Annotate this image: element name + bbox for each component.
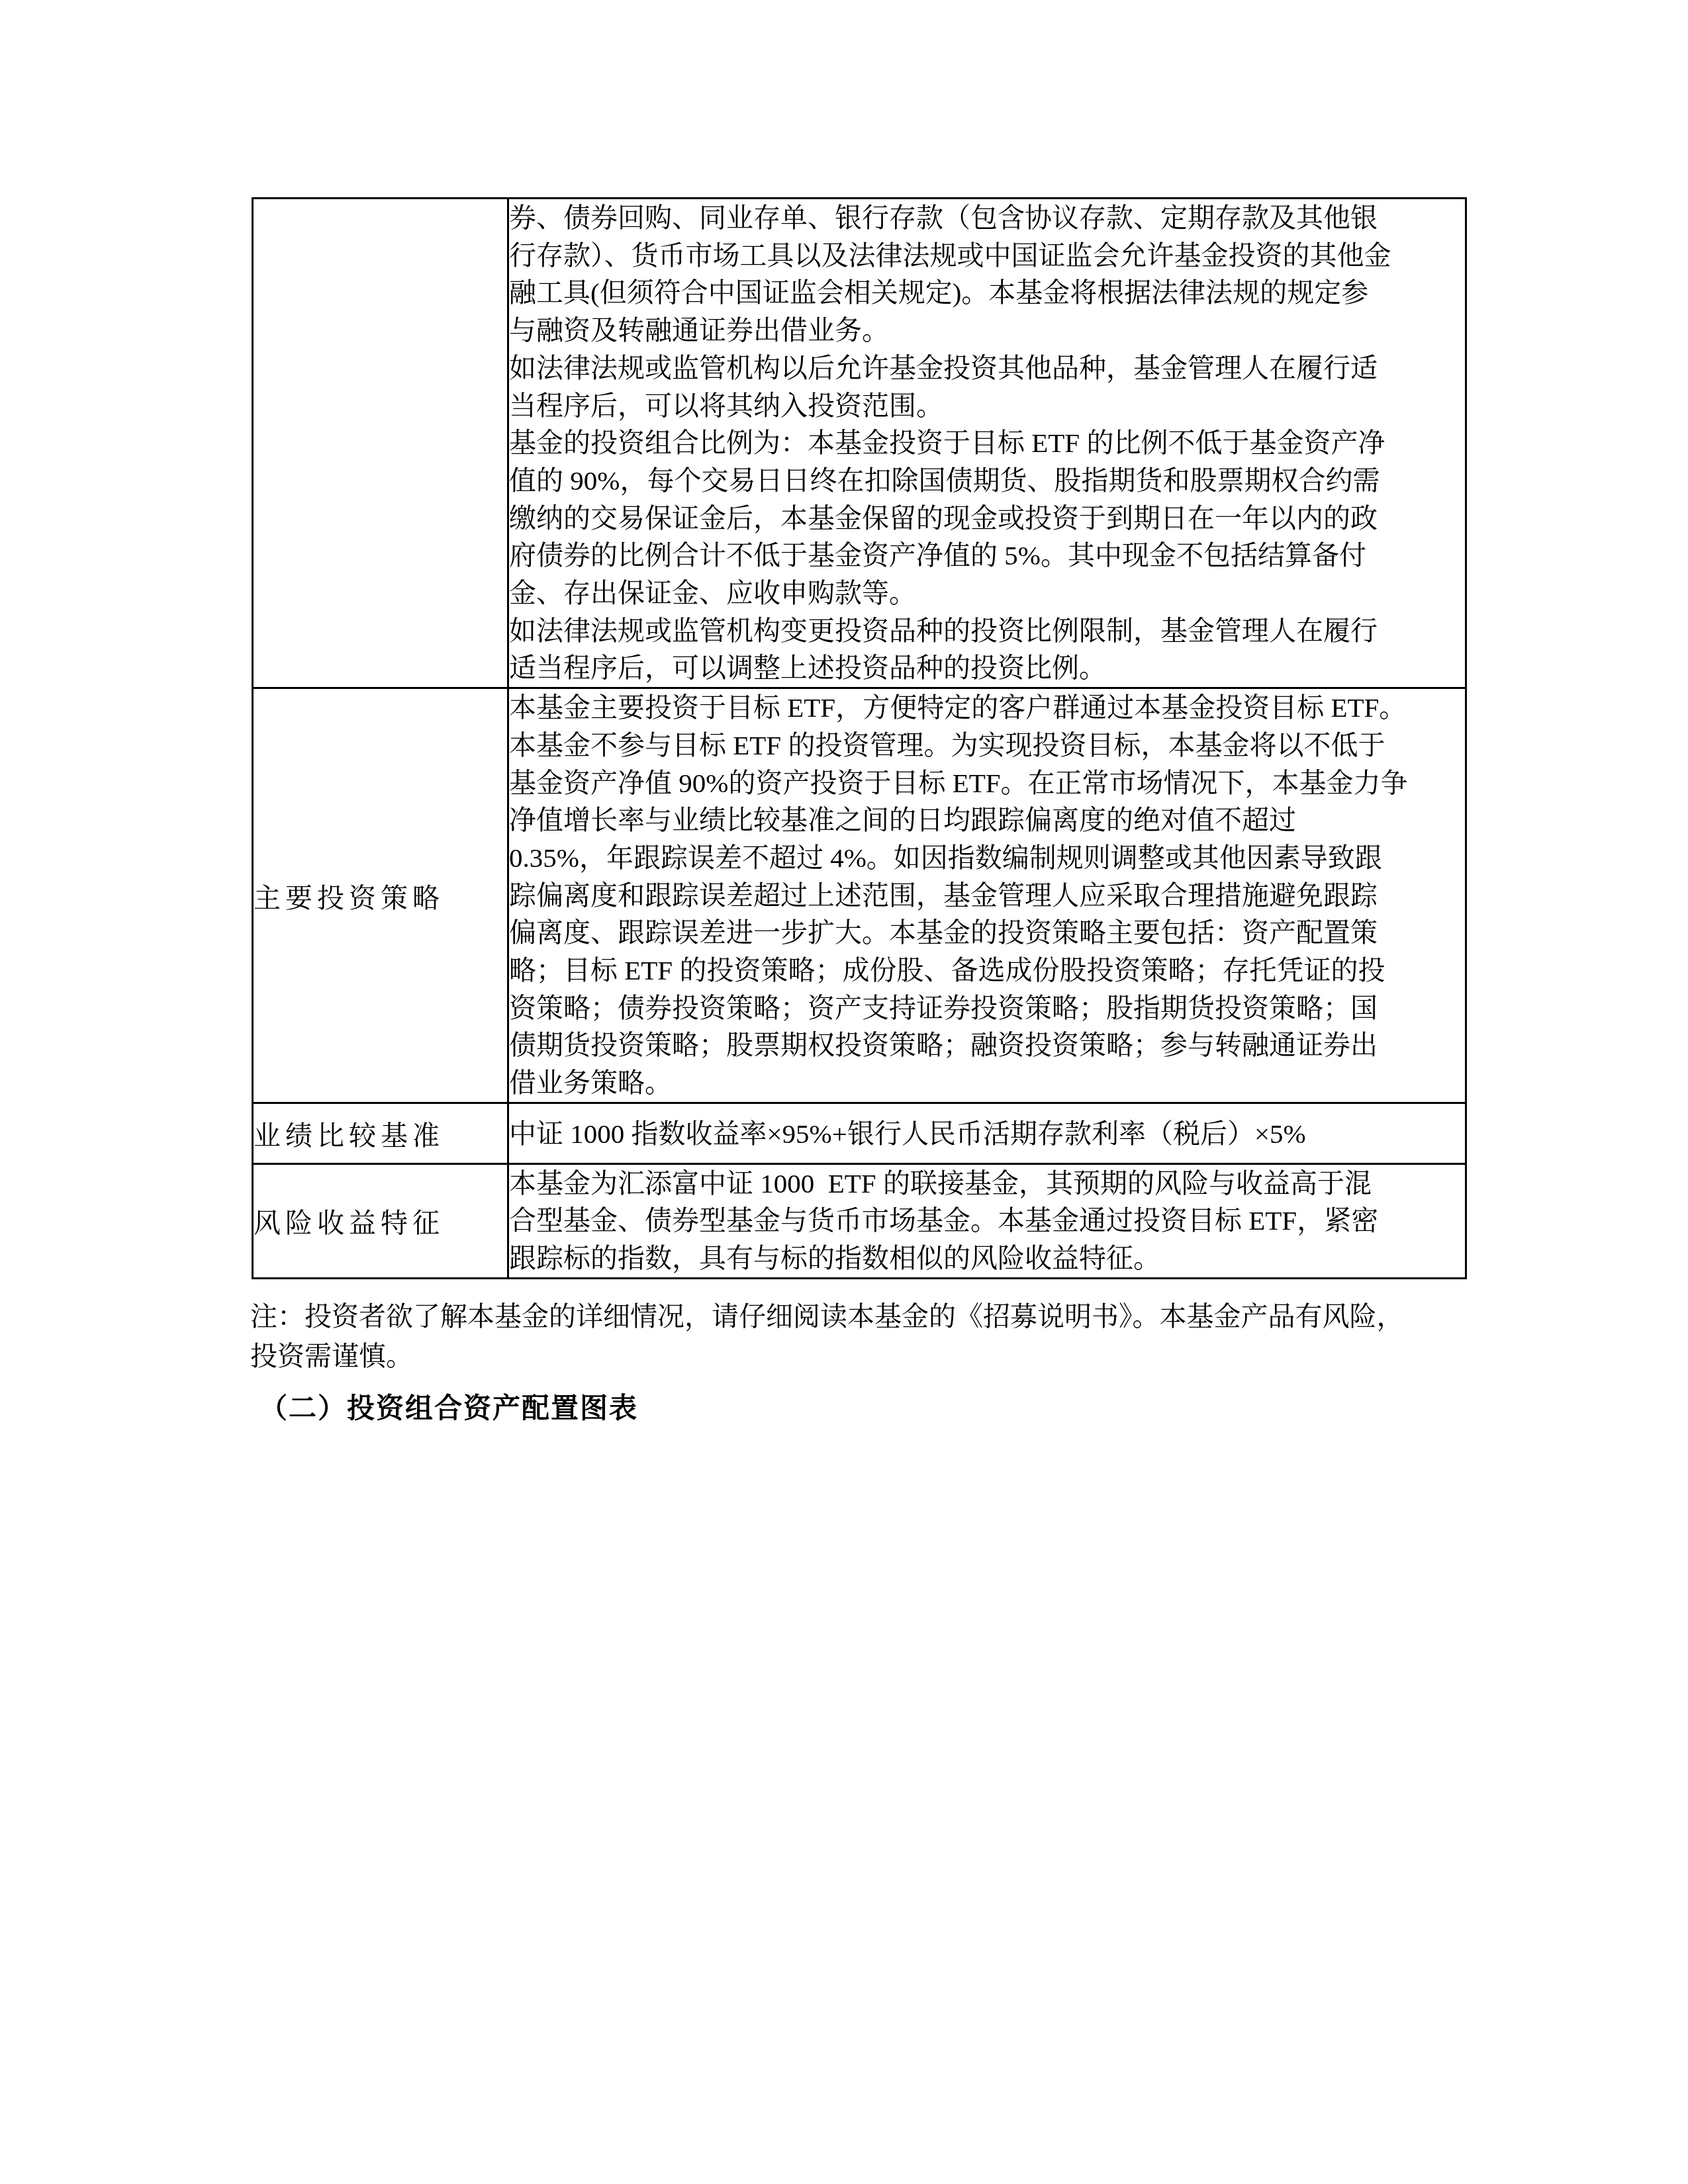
text-line: 本基金主要投资于目标 ETF，方便特定的客户群通过本基金投资目标 ETF。 xyxy=(509,689,1465,727)
fund-table-body: 券、债券回购、同业存单、银行存款（包含协议存款、定期存款及其他银行存款）、货币市… xyxy=(253,199,1466,1279)
table-row: 券、债券回购、同业存单、银行存款（包含协议存款、定期存款及其他银行存款）、货币市… xyxy=(253,199,1466,688)
text-line: 略；目标 ETF 的投资策略；成份股、备选成份股投资策略；存托凭证的投 xyxy=(509,952,1465,989)
row-content-cell: 本基金主要投资于目标 ETF，方便特定的客户群通过本基金投资目标 ETF。本基金… xyxy=(508,688,1466,1103)
text-line: 本基金不参与目标 ETF 的投资管理。为实现投资目标，本基金将以不低于 xyxy=(509,727,1465,764)
text-line: 值的 90%，每个交易日日终在扣除国债期货、股指期货和股票期权合约需 xyxy=(509,462,1465,500)
row-content-cell: 中证 1000 指数收益率×95%+银行人民币活期存款利率（税后）×5% xyxy=(508,1103,1466,1163)
note-text: 注：投资者欲了解本基金的详细情况，请仔细阅读本基金的《招募说明书》。本基金产品有… xyxy=(250,1297,1465,1376)
row-label-cell xyxy=(253,199,508,688)
content-area: 券、债券回购、同业存单、银行存款（包含协议存款、定期存款及其他银行存款）、货币市… xyxy=(252,197,1465,1429)
text-line: 券、债券回购、同业存单、银行存款（包含协议存款、定期存款及其他银 xyxy=(509,199,1465,237)
text-line: 适当程序后，可以调整上述投资品种的投资比例。 xyxy=(509,649,1465,687)
text-line: 债期货投资策略；股票期权投资策略；融资投资策略；参与转融通证券出 xyxy=(509,1026,1465,1064)
row-label-cell: 业绩比较基准 xyxy=(253,1103,508,1163)
text-line: 与融资及转融通证券出借业务。 xyxy=(509,312,1465,349)
text-line: 基金的投资组合比例为：本基金投资于目标 ETF 的比例不低于基金资产净 xyxy=(509,424,1465,462)
text-line: 基金资产净值 90%的资产投资于目标 ETF。在正常市场情况下，本基金力争 xyxy=(509,764,1465,802)
text-line: 府债券的比例合计不低于基金资产净值的 5%。其中现金不包括结算备付 xyxy=(509,537,1465,574)
table-row: 主要投资策略本基金主要投资于目标 ETF，方便特定的客户群通过本基金投资目标 E… xyxy=(253,688,1466,1103)
text-line: 跟踪标的指数，具有与标的指数相似的风险收益特征。 xyxy=(509,1240,1465,1277)
row-label-cell: 主要投资策略 xyxy=(253,688,508,1103)
text-line: 净值增长率与业绩比较基准之间的日均跟踪偏离度的绝对值不超过 xyxy=(509,801,1465,839)
text-line: 踪偏离度和跟踪误差超过上述范围，基金管理人应采取合理措施避免跟踪 xyxy=(509,877,1465,915)
note-line-2: 投资需谨慎。 xyxy=(250,1336,1465,1376)
document-page: 券、债券回购、同业存单、银行存款（包含协议存款、定期存款及其他银行存款）、货币市… xyxy=(0,0,1688,2184)
row-content-cell: 本基金为汇添富中证 1000 ETF 的联接基金，其预期的风险与收益高于混合型基… xyxy=(508,1163,1466,1278)
table-row: 风险收益特征本基金为汇添富中证 1000 ETF 的联接基金，其预期的风险与收益… xyxy=(253,1163,1466,1278)
text-line: 中证 1000 指数收益率×95%+银行人民币活期存款利率（税后）×5% xyxy=(509,1115,1465,1153)
fund-info-table: 券、债券回购、同业存单、银行存款（包含协议存款、定期存款及其他银行存款）、货币市… xyxy=(252,197,1467,1279)
text-line: 融工具(但须符合中国证监会相关规定)。本基金将根据法律法规的规定参 xyxy=(509,274,1465,312)
text-line: 借业务策略。 xyxy=(509,1064,1465,1102)
text-line: 缴纳的交易保证金后，本基金保留的现金或投资于到期日在一年以内的政 xyxy=(509,500,1465,537)
text-line: 金、存出保证金、应收申购款等。 xyxy=(509,574,1465,612)
text-line: 当程序后，可以将其纳入投资范围。 xyxy=(509,387,1465,425)
text-line: 0.35%，年跟踪误差不超过 4%。如因指数编制规则调整或其他因素导致跟 xyxy=(509,839,1465,877)
text-line: 本基金为汇添富中证 1000 ETF 的联接基金，其预期的风险与收益高于混 xyxy=(509,1165,1465,1203)
text-line: 行存款）、货币市场工具以及法律法规或中国证监会允许基金投资的其他金 xyxy=(509,237,1465,275)
table-row: 业绩比较基准中证 1000 指数收益率×95%+银行人民币活期存款利率（税后）×… xyxy=(253,1103,1466,1163)
text-line: 资策略；债券投资策略；资产支持证券投资策略；股指期货投资策略；国 xyxy=(509,989,1465,1027)
text-line: 如法律法规或监管机构以后允许基金投资其他品种，基金管理人在履行适 xyxy=(509,349,1465,387)
section-heading: （二）投资组合资产配置图表 xyxy=(259,1389,1465,1429)
text-line: 如法律法规或监管机构变更投资品种的投资比例限制，基金管理人在履行 xyxy=(509,612,1465,650)
row-label-cell: 风险收益特征 xyxy=(253,1163,508,1278)
text-line: 偏离度、跟踪误差进一步扩大。本基金的投资策略主要包括：资产配置策 xyxy=(509,914,1465,952)
note-line-1: 注：投资者欲了解本基金的详细情况，请仔细阅读本基金的《招募说明书》。本基金产品有… xyxy=(250,1297,1465,1336)
text-line: 合型基金、债券型基金与货币市场基金。本基金通过投资目标 ETF，紧密 xyxy=(509,1202,1465,1240)
row-content-cell: 券、债券回购、同业存单、银行存款（包含协议存款、定期存款及其他银行存款）、货币市… xyxy=(508,199,1466,688)
